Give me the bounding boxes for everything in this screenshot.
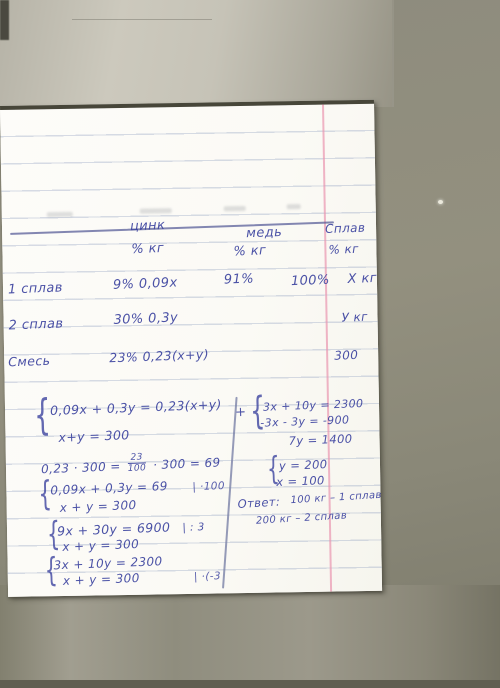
fraction-numerator: 23 xyxy=(127,452,146,464)
smudge-mark xyxy=(224,206,246,211)
table-col-copper-units: % кг xyxy=(233,244,266,259)
table-col-zinc-units: % кг xyxy=(131,242,164,257)
table-row-1-label: 1 сплав xyxy=(8,281,63,297)
table-row-2-zinc: 30% 0,3у xyxy=(113,311,178,327)
answer-line-1: 100 кг – 1 сплав xyxy=(290,491,382,507)
table-col-copper-header: медь xyxy=(246,226,283,241)
table-col-zinc-header: цинк xyxy=(130,219,166,234)
scan-bottom-edge xyxy=(0,680,500,688)
smudge-mark xyxy=(47,212,73,217)
equation-text: 9x + 30у = 6900 xyxy=(57,519,171,538)
system-1-equation-2: x+у = 300 xyxy=(58,428,130,444)
system-2-equation-1: 0,09x + 0,3у = 69 xyxy=(50,480,168,497)
smudge-mark xyxy=(287,204,301,209)
system-5-equation-1: 3x + 10у = 2300 xyxy=(263,398,364,413)
table-top-line xyxy=(10,221,334,235)
result-equation: 7у = 1400 xyxy=(288,433,352,447)
table-row-2-alloy: У кг xyxy=(341,311,368,325)
background-sheet xyxy=(0,0,394,107)
multiply-note: | ·(-3 xyxy=(194,571,222,583)
alloy-mass: X кг xyxy=(347,272,377,287)
system-4-equation-1: 3x + 10у = 2300 xyxy=(53,555,162,572)
plus-sign: + xyxy=(235,406,247,420)
white-speck xyxy=(438,200,443,204)
table-row-1-copper: 91% xyxy=(224,273,255,288)
system-6-solution-y: у = 200 xyxy=(279,458,328,472)
calc-post: · 300 = 69 xyxy=(153,456,221,471)
background-desk xyxy=(0,585,500,688)
table-col-alloy-units: % кг xyxy=(328,243,359,257)
paper-crease xyxy=(72,19,212,20)
fraction: 23 100 xyxy=(127,452,146,474)
system-2-equation-2: x + у = 300 xyxy=(59,499,136,514)
system-brace: { xyxy=(34,396,52,435)
answer-label: Ответ: xyxy=(237,496,280,511)
table-col-alloy-header: Сплав xyxy=(325,222,366,236)
multiply-note: | ·100 xyxy=(192,481,225,493)
notebook-page: цинк % кг медь % кг Сплав % кг 1 сплав 9… xyxy=(0,100,382,597)
system-6-solution-x: x = 100 xyxy=(276,474,325,488)
table-row-2-label: 2 сплав xyxy=(8,317,63,333)
system-5-equation-2: -3x - 3у = -900 xyxy=(260,414,349,429)
table-row-3-label: Смесь xyxy=(8,354,51,369)
table-row-3-alloy: 300 xyxy=(334,349,359,362)
table-row-1-zinc: 9% 0,09x xyxy=(113,276,178,292)
scanned-notebook-photo: цинк % кг медь % кг Сплав % кг 1 сплав 9… xyxy=(0,0,500,688)
smudge-mark xyxy=(140,208,172,214)
scan-edge-shadow xyxy=(0,0,9,40)
system-3-equation-1: 9x + 30у = 6900| : 3 xyxy=(57,519,205,539)
system-4-equation-2: x + у = 300 xyxy=(63,572,140,587)
calc-line: 0,23 · 300 = 23 100 · 300 = 69 xyxy=(41,452,221,480)
answer-line-2: 200 кг – 2 сплав xyxy=(256,511,348,527)
divide-note: | : 3 xyxy=(182,521,205,534)
system-1-equation-1: 0,09x + 0,3у = 0,23(x+у) xyxy=(50,398,222,418)
table-row-1-alloy: 100%X кг xyxy=(291,272,378,289)
table-row-3-zinc: 23% 0,23(x+у) xyxy=(109,348,209,365)
alloy-percent: 100% xyxy=(291,274,330,289)
column-divider-line xyxy=(222,397,237,589)
calc-pre: 0,23 · 300 = xyxy=(41,460,121,476)
system-3-equation-2: x + у = 300 xyxy=(62,538,139,553)
fraction-denominator: 100 xyxy=(128,464,147,475)
